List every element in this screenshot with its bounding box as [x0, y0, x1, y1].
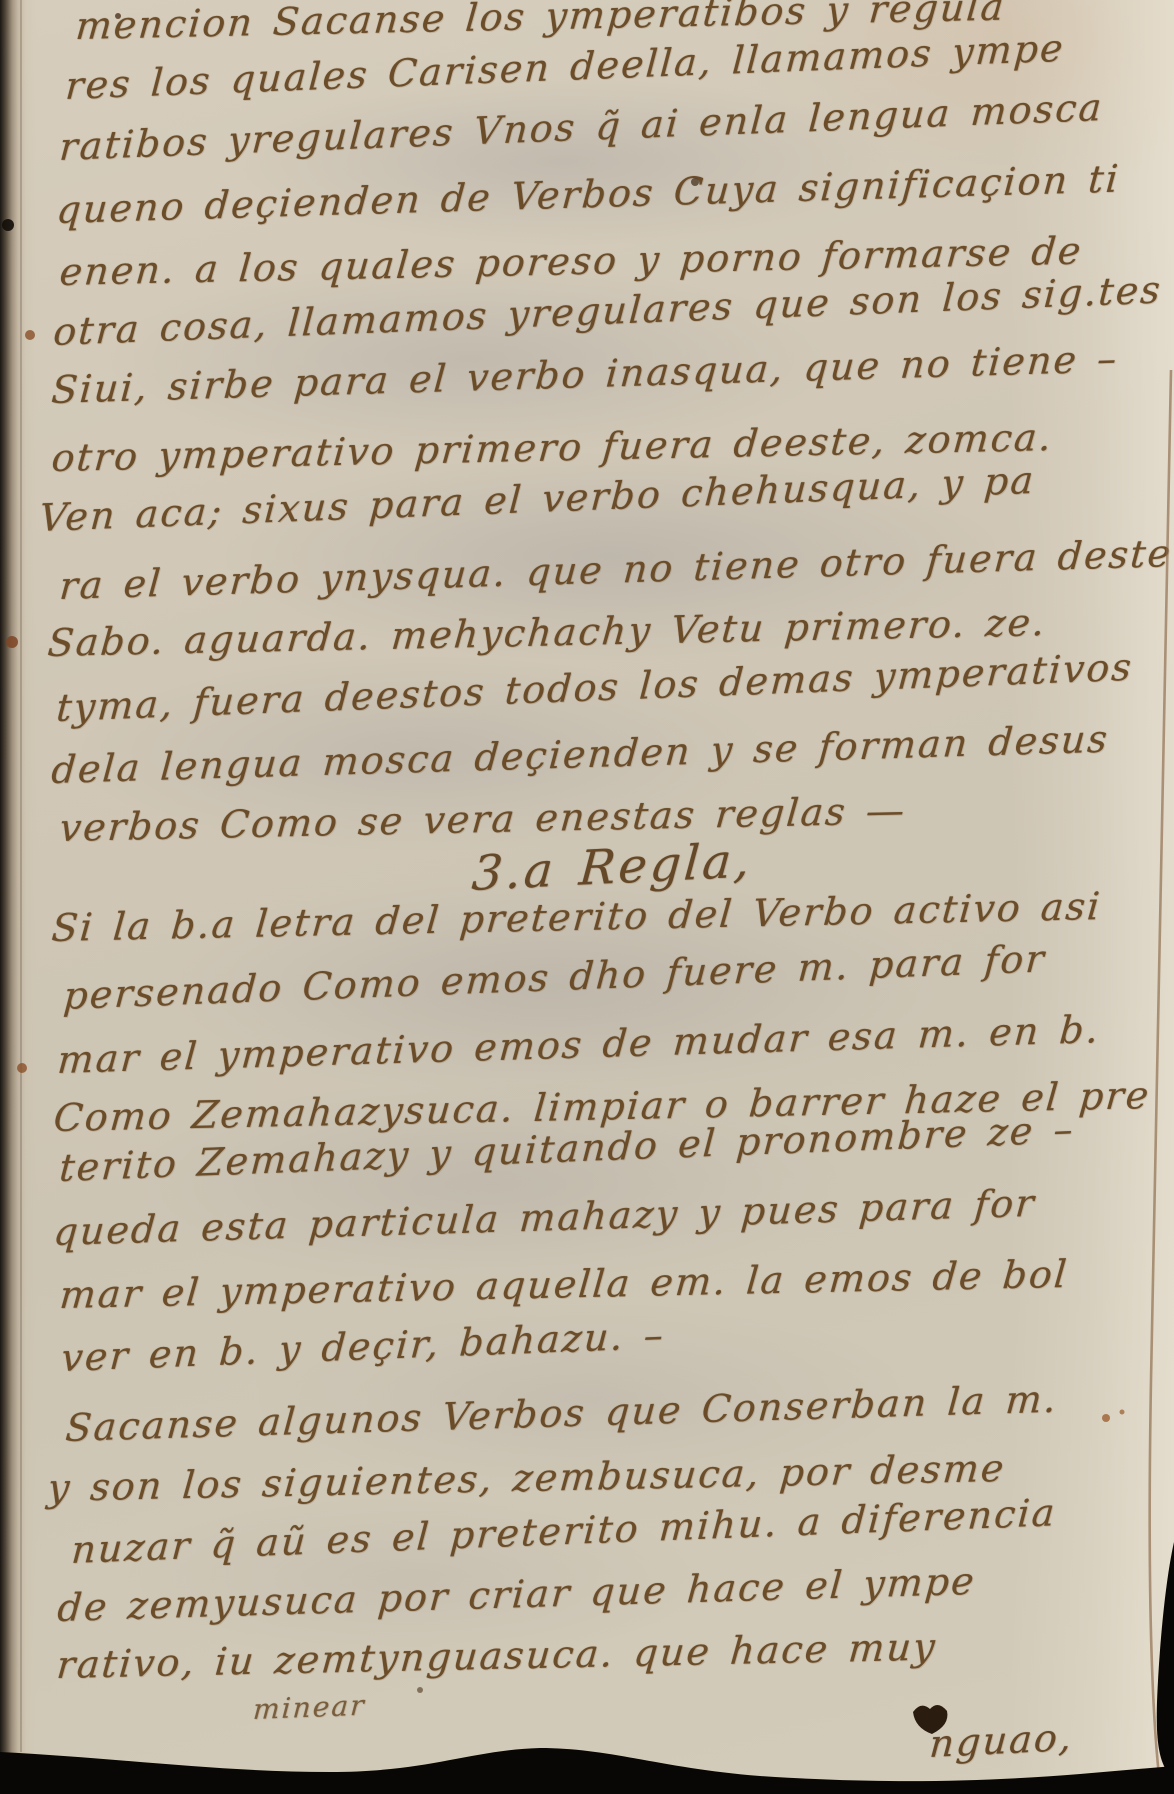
interlinear-correction: minear [252, 1689, 367, 1726]
manuscript-scan: { "ms": { "description": "Aged handwritt… [0, 0, 1174, 1794]
catchword: nguao, [928, 1715, 1075, 1766]
